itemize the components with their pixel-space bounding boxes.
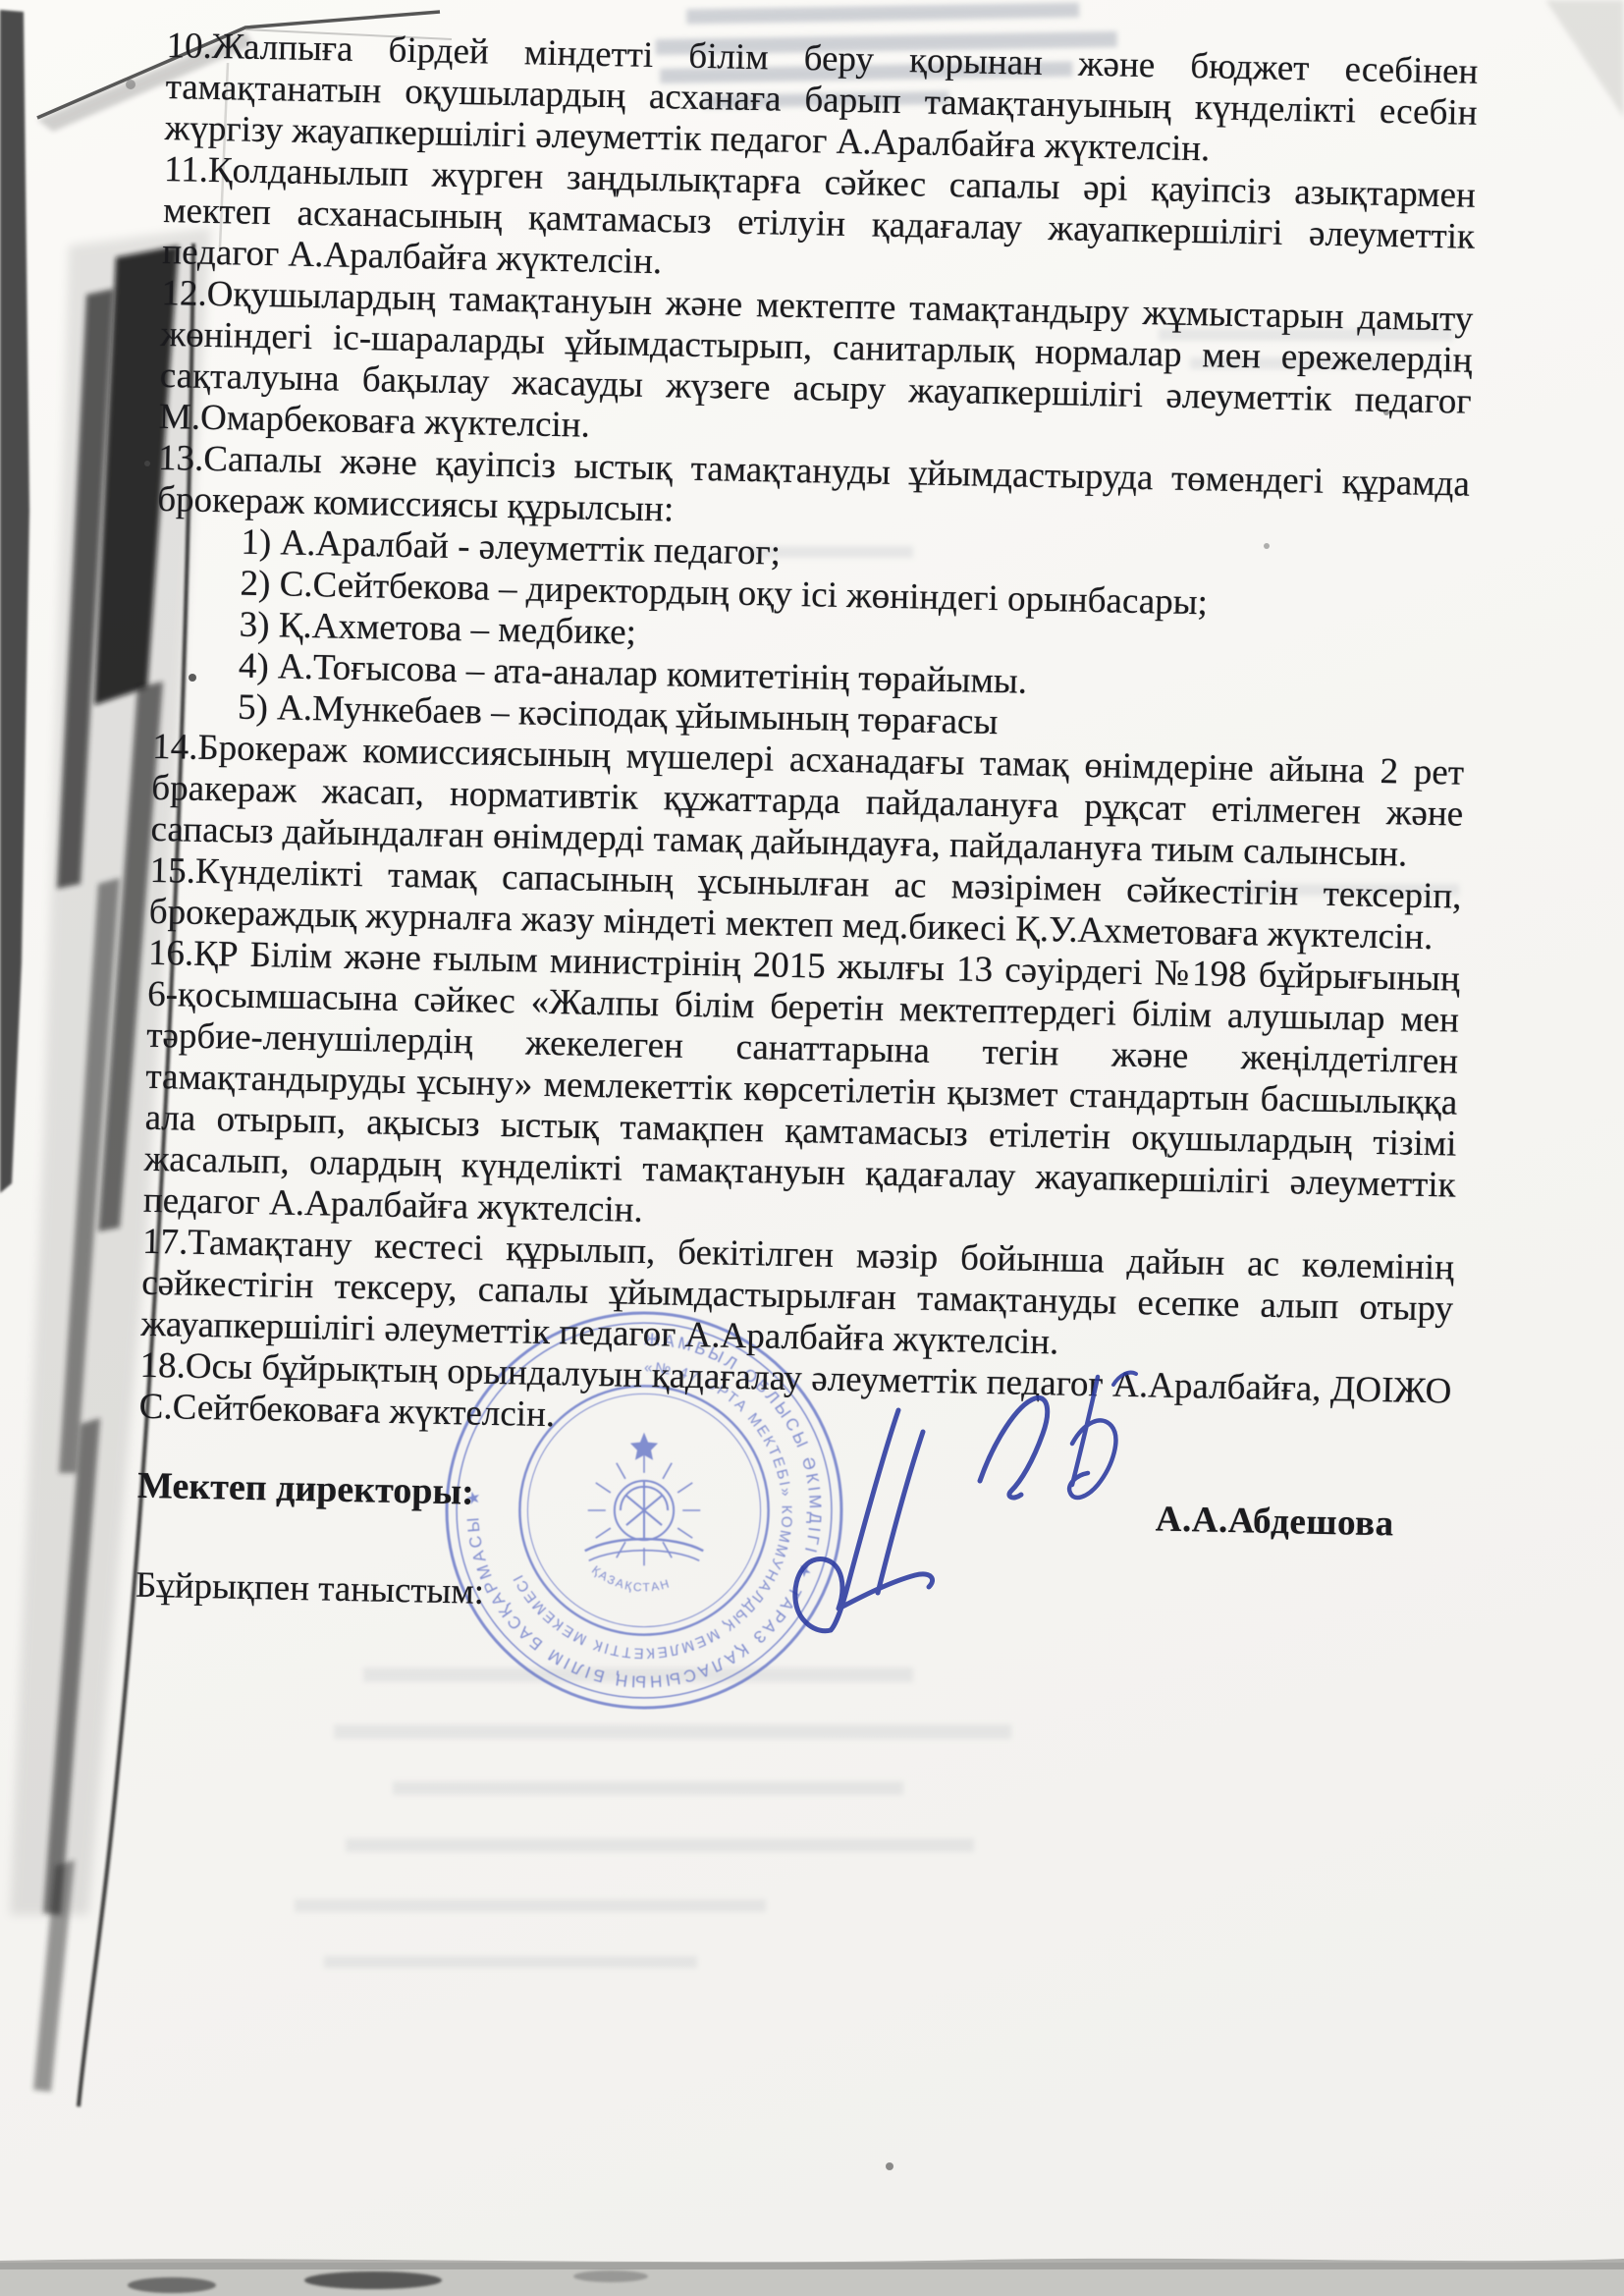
commission-list: 1) А.Аралбай - әлеуметтік педагог; 2) С.… xyxy=(153,520,1469,753)
scanned-document-page: ЖАМБЫЛ ОБЛЫСЫ ӘКІМДІГІ ★ ТАРАЗ ҚАЛАСЫНЫҢ… xyxy=(0,0,1624,2296)
acknowledgement-label: Бұйрықпен таныстым: xyxy=(135,1565,485,1613)
order-text-block: 10.Жалпыға бірдей міндетті білім беру қо… xyxy=(135,26,1479,1632)
order-item-16: 16.ҚР Білім және ғылым министрінің 2015 … xyxy=(143,933,1461,1248)
signature-row: Мектеп директоры: А.А.Абдешова xyxy=(136,1465,1449,1547)
order-item-12: 12.Оқушылардың тамақтануын және мектепте… xyxy=(159,273,1474,465)
director-label: Мектеп директоры: xyxy=(137,1465,474,1513)
director-name: А.А.Абдешова xyxy=(1155,1500,1449,1547)
